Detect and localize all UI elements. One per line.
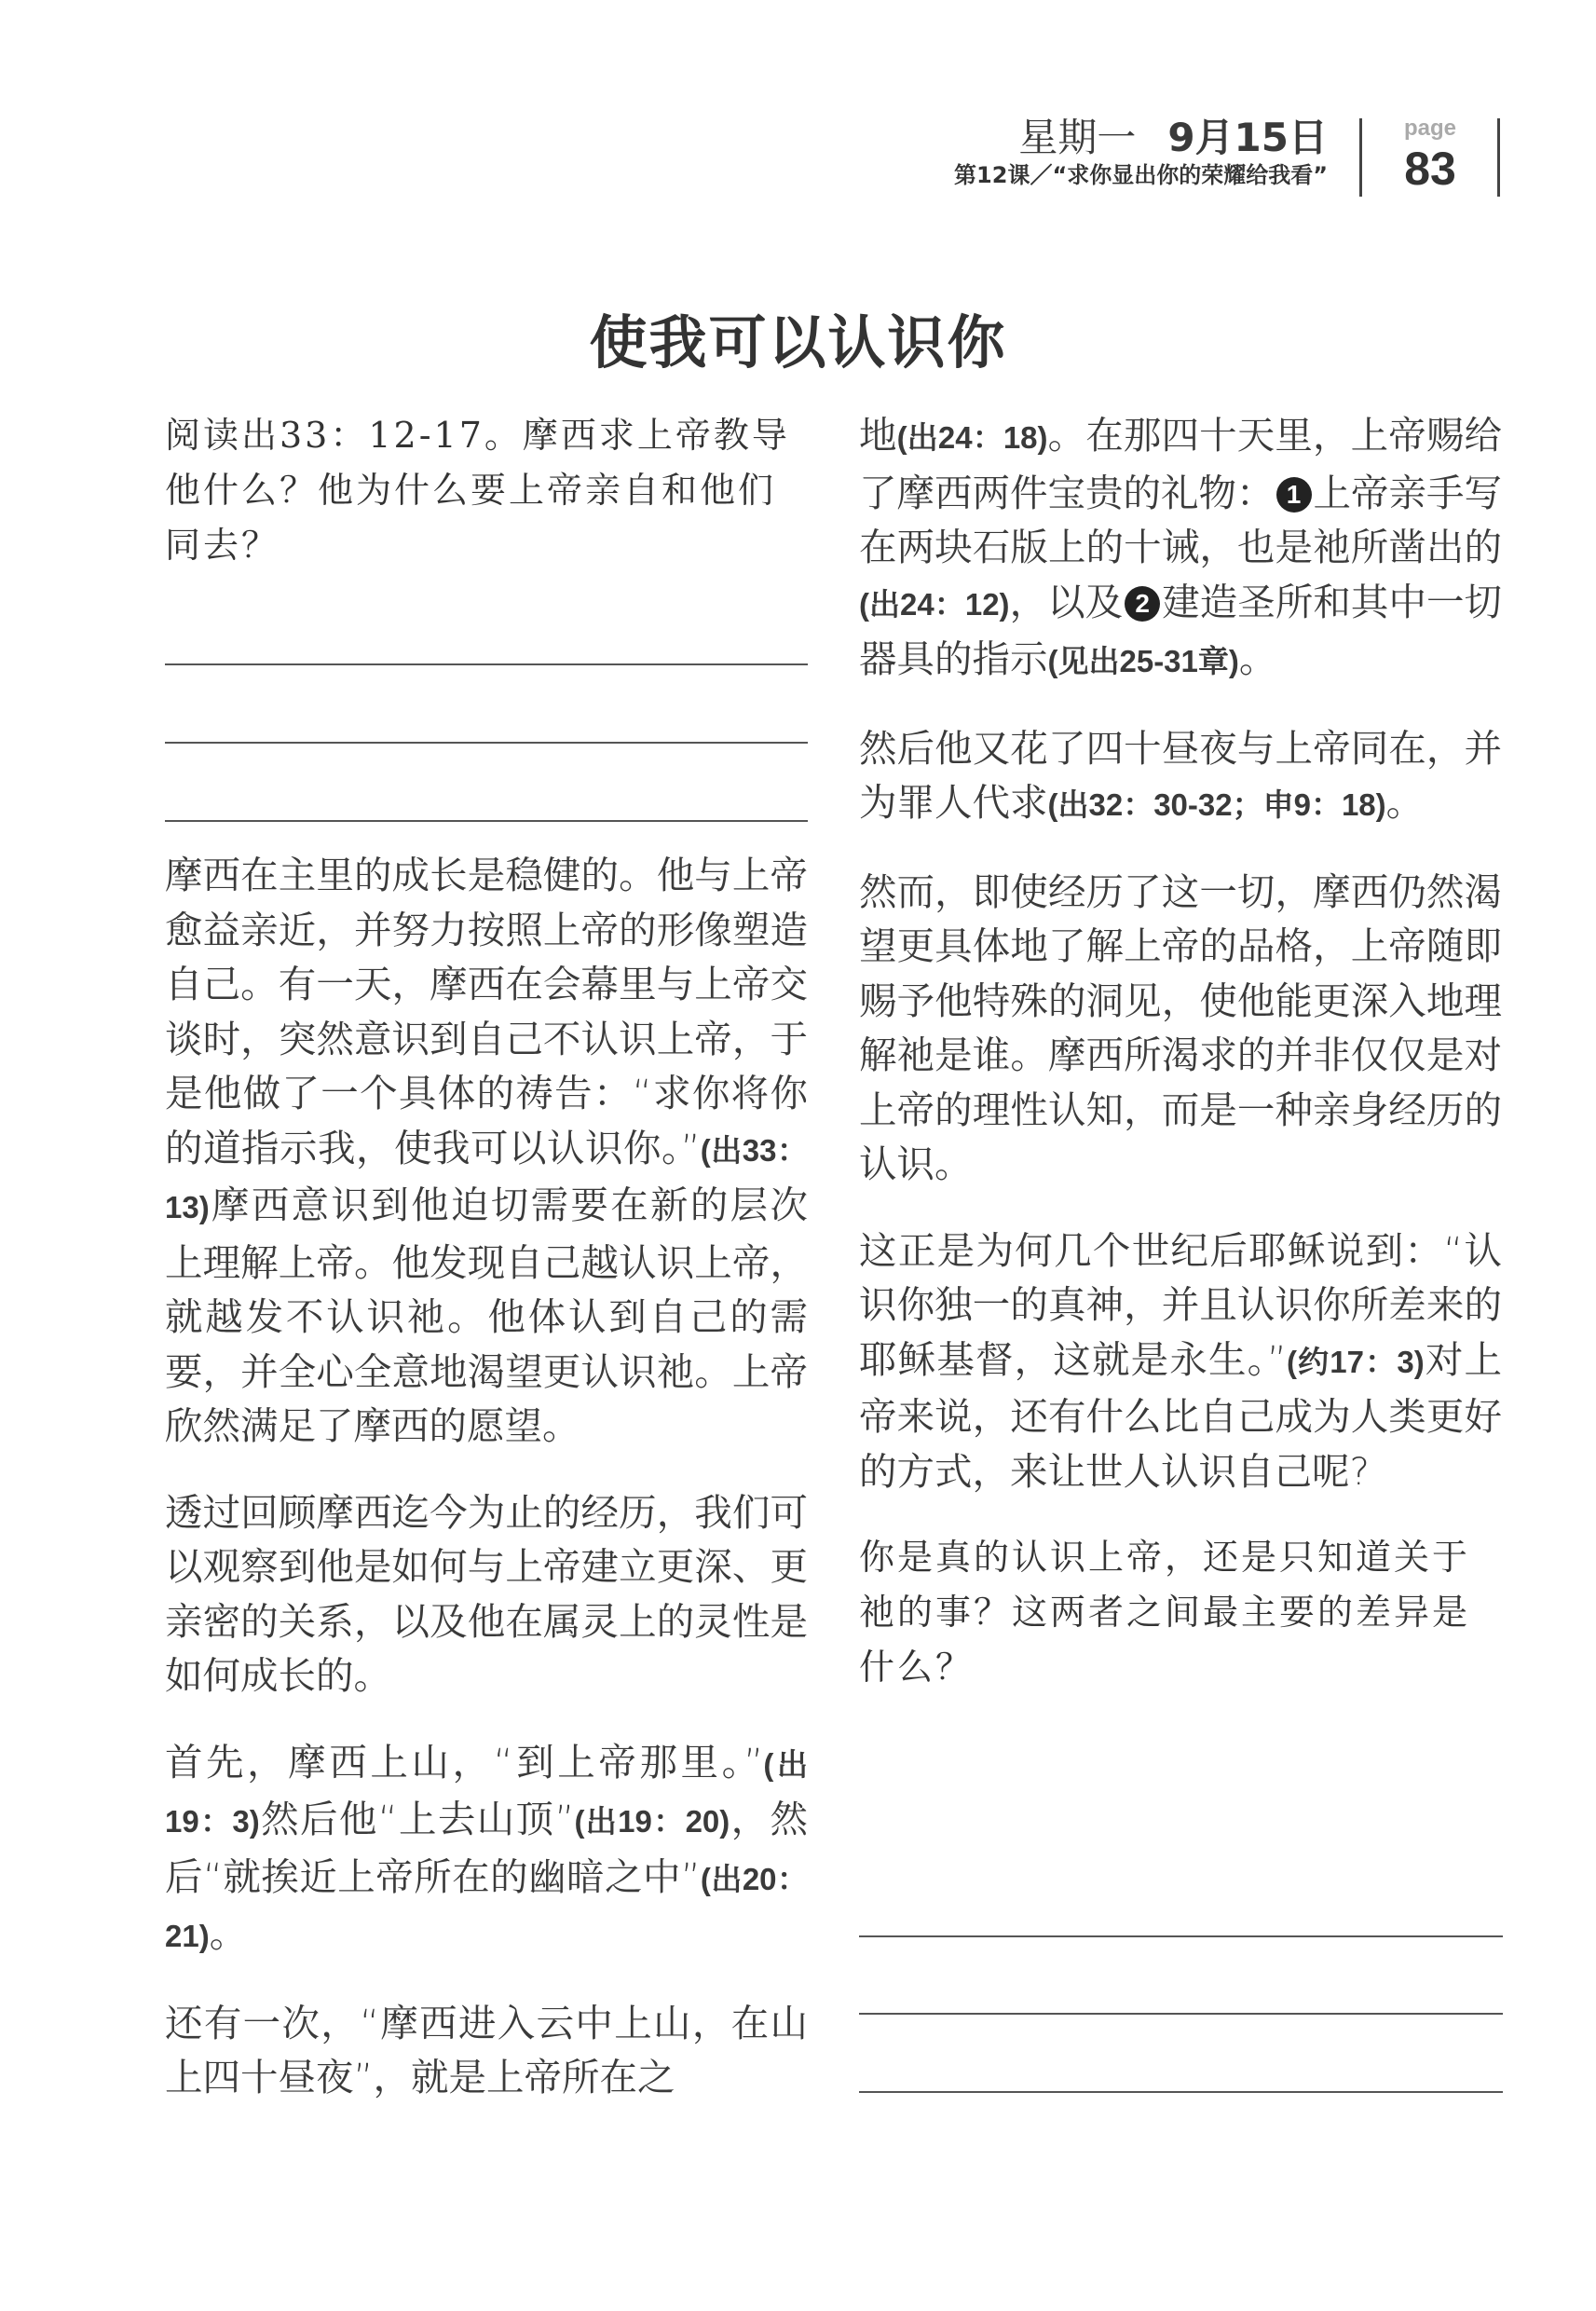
paragraph: 还有一次，“摩西进入云中上山，在山上四十昼夜”，就是上帝所在之 [165,1996,808,2105]
paragraph: 首先，摩西上山，“到上帝那里。”(出19：3)然后他“上去山顶”(出19：20)… [165,1735,808,1964]
scripture-reference: (出24：12) [859,587,1010,622]
scripture-reference: (约17：3) [1287,1345,1425,1379]
number-badge-2-icon: 2 [1125,586,1160,622]
answer-line[interactable] [165,820,808,822]
weekday: 星期一 [1018,115,1136,160]
text: 首先，摩西上山，“到上帝那里。” [165,1740,763,1785]
text: 。 [1239,636,1277,681]
text: 摩西意识到他迫切需要在新的层次上理解上帝。他发现自己越认识上帝，就越发不认识祂。… [165,1183,808,1448]
header-divider [1359,118,1362,197]
text: ，以及 [1010,580,1124,624]
reflection-question: 你是真的认识上帝，还是只知道关于祂的事？这两者之间最主要的差异是什么？ [859,1530,1502,1695]
number-badge-1-icon: 1 [1276,477,1312,513]
text: 然后他“上去山顶” [260,1797,575,1841]
text: 地 [859,413,897,458]
answer-line[interactable] [859,2091,1503,2093]
page-label: page [1364,116,1496,142]
answer-line[interactable] [859,1935,1503,1937]
paragraph: 地(出24：18)。在那四十天里，上帝赐给了摩西两件宝贵的礼物：1上帝亲手写在两… [859,408,1502,690]
answer-line[interactable] [165,742,808,744]
scripture-reference: (见出25-31章) [1048,644,1239,678]
study-question: 阅读出33：12-17。摩西求上帝教导他什么？他为什么要上帝亲自和他们同去？ [165,408,808,573]
paragraph: 然后他又花了四十昼夜与上帝同在，并为罪人代求(出32：30-32；申9：18)。 [859,721,1502,833]
scripture-reference: (出32：30-32；申9：18) [1048,787,1386,822]
page-title: 使我可以认识你 [0,296,1596,379]
text: 摩西在主里的成长是稳健的。他与上帝愈益亲近，并努力按照上帝的形像塑造自己。有一天… [165,853,808,1170]
text: 。 [210,1911,248,1956]
scripture-reference: (出19：20) [574,1804,730,1839]
paragraph: 透过回顾摩西迄今为止的经历，我们可以观察到他是如何与上帝建立更深、更亲密的关系，… [165,1485,808,1703]
header-divider [1497,118,1500,197]
text: 。 [1386,780,1425,825]
paragraph: 然而，即使经历了这一切，摩西仍然渴望更具体地了解上帝的品格，上帝随即赐予他特殊的… [859,865,1502,1192]
left-column-body: 摩西在主里的成长是稳健的。他与上帝愈益亲近，并努力按照上帝的形像塑造自己。有一天… [165,848,808,2137]
answer-line[interactable] [859,2013,1503,2015]
lesson-title: 第12课／“求你显出你的荣耀给我看” [954,162,1328,188]
scripture-reference: (出24：18) [897,420,1048,455]
right-column: 地(出24：18)。在那四十天里，上帝赐给了摩西两件宝贵的礼物：1上帝亲手写在两… [859,408,1502,1695]
answer-line[interactable] [165,663,808,665]
left-column: 阅读出33：12-17。摩西求上帝教导他什么？他为什么要上帝亲自和他们同去？ [165,408,808,573]
date: 9月15日 [1167,115,1328,160]
header-date: 星期一9月15日 [1018,116,1328,160]
paragraph: 摩西在主里的成长是稳健的。他与上帝愈益亲近，并努力按照上帝的形像塑造自己。有一天… [165,848,808,1454]
page-number: 83 [1364,142,1496,196]
paragraph: 这正是为何几个世纪后耶稣说到：“认识你独一的真神，并且认识你所差来的耶稣基督，这… [859,1224,1502,1499]
